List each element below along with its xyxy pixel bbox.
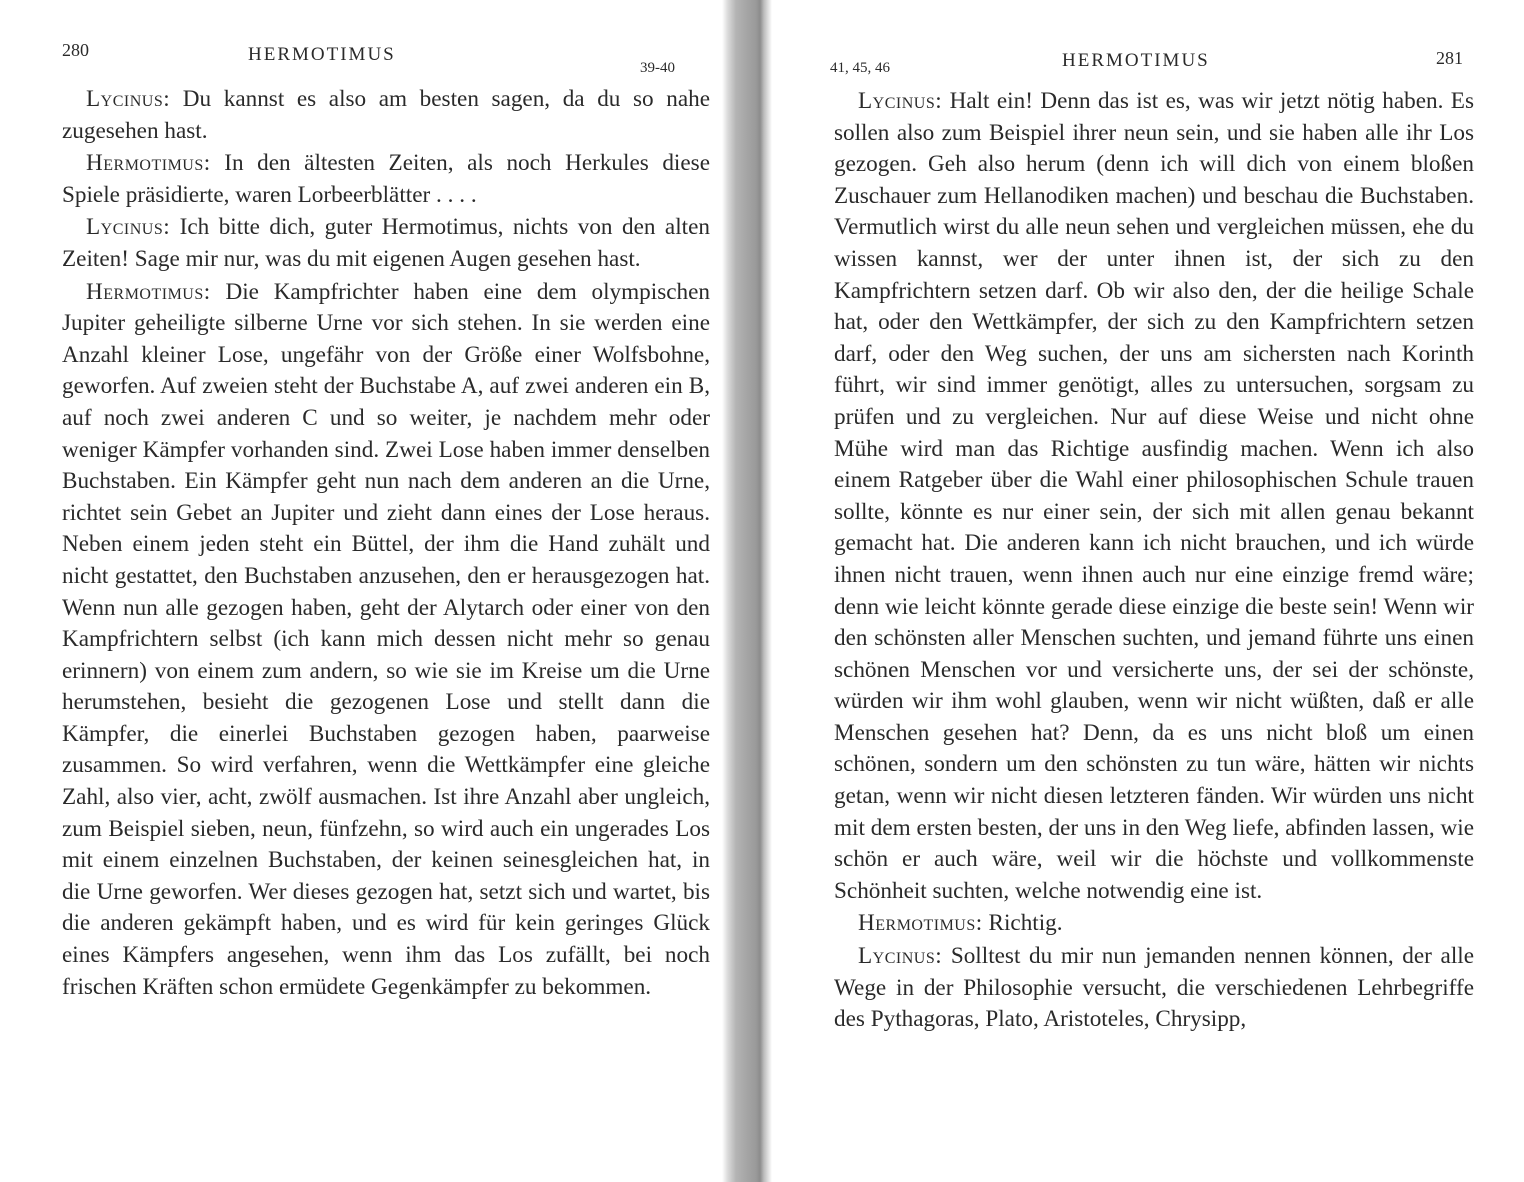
dialogue-paragraph: Lycinus: Ich bitte dich, guter Hermotimu… (62, 212, 710, 275)
page-number: 281 (1436, 48, 1463, 69)
speaker-name: Hermotimus: (86, 279, 211, 305)
paragraph-text: Die Kampfrichter haben eine dem olympisc… (62, 279, 710, 1000)
left-page: 280 HERMOTIMUS 39-40 Lycinus: Du kannst … (0, 0, 728, 1182)
body-text: Lycinus: Halt ein! Denn das ist es, was … (834, 86, 1474, 1036)
speaker-name: Lycinus: (86, 214, 170, 240)
paragraph-text: Halt ein! Denn das ist es, was wir jetzt… (834, 88, 1474, 904)
dialogue-paragraph: Lycinus: Solltest du mir nun jemanden ne… (834, 941, 1474, 1036)
dialogue-paragraph: Hermotimus: Die Kampfrichter haben eine … (62, 277, 710, 1004)
dialogue-paragraph: Lycinus: Halt ein! Denn das ist es, was … (834, 86, 1474, 907)
dialogue-paragraph: Hermotimus: Richtig. (834, 908, 1474, 940)
speaker-name: Lycinus: (86, 86, 170, 112)
paragraph-text: Richtig. (983, 910, 1063, 936)
speaker-name: Lycinus: (858, 943, 942, 969)
dialogue-paragraph: Hermotimus: In den ältesten Zeiten, als … (62, 148, 710, 211)
speaker-name: Hermotimus: (86, 150, 211, 176)
running-head: HERMOTIMUS (248, 44, 396, 66)
section-reference: 41, 45, 46 (830, 60, 890, 77)
speaker-name: Lycinus: (858, 88, 942, 114)
right-page: 41, 45, 46 HERMOTIMUS 281 Lycinus: Halt … (770, 0, 1524, 1182)
dialogue-paragraph: Lycinus: Du kannst es also am besten sag… (62, 84, 710, 147)
running-head: HERMOTIMUS (1062, 50, 1210, 72)
speaker-name: Hermotimus: (858, 910, 983, 936)
section-reference: 39-40 (640, 60, 675, 77)
book-spread: 280 HERMOTIMUS 39-40 Lycinus: Du kannst … (0, 0, 1524, 1182)
book-gutter (722, 0, 772, 1182)
page-number: 280 (62, 40, 89, 61)
body-text: Lycinus: Du kannst es also am besten sag… (62, 84, 710, 1003)
